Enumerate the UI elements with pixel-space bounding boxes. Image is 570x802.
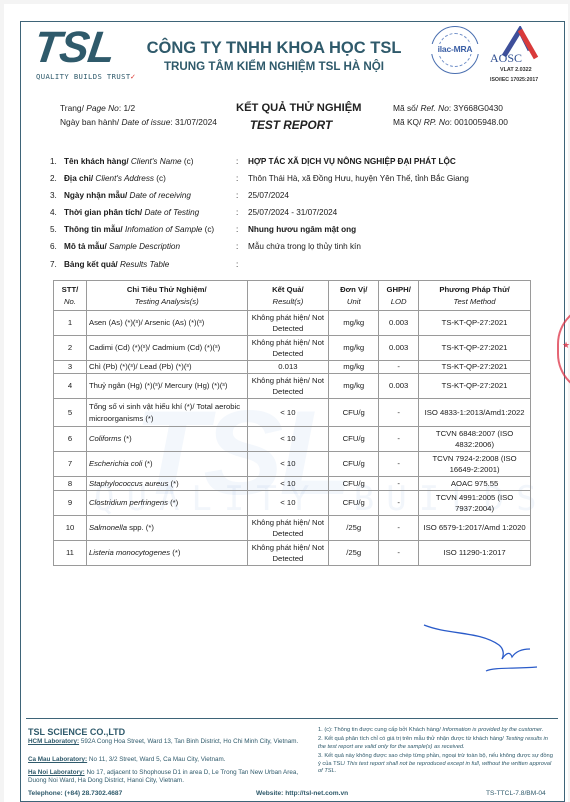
ref-label-en: Ref. No — [420, 103, 448, 113]
rp-number: Mã KQ/ RP. No: 001005948.00 — [393, 117, 508, 127]
info-label-en: Client's Name — [131, 157, 182, 166]
form-code: TS-TTCL-7.8/BM-04 — [486, 790, 546, 797]
info-label-suffix: (c) — [205, 225, 215, 234]
info-label-vn: Địa chỉ/ — [64, 174, 93, 183]
footer-company: TSL SCIENCE CO.,LTD — [28, 727, 125, 737]
cell-analysis: Cadimi (Cd) (*)(ˢ)/ Cadmium (Cd) (*)(ˢ) — [86, 336, 247, 361]
analysis-text: spp. (*) — [127, 523, 154, 532]
cell-unit: CFU/g — [329, 399, 379, 427]
aosc-logo-icon: AOSC VLAT 2.0322 ISO/IEC 17025:2017 — [490, 26, 552, 86]
rp-label-vn: Mã KQ/ — [393, 117, 421, 127]
camau-lab: Ca Mau Laboratory: No 11, 3/2 Street, Wa… — [28, 756, 308, 764]
info-number: 3. — [50, 191, 64, 200]
cell-method: TCVN 7924-2:2008 (ISO 16649-2:2001) — [419, 452, 531, 477]
cell-no: 5 — [54, 399, 87, 427]
hcm-lab-label: HCM Laboratory: — [28, 738, 79, 745]
header-vn: Chỉ Tiêu Thử Nghiệm/ — [127, 285, 207, 294]
page-number: Trang/ Page No: 1/2 — [60, 103, 135, 113]
ref-value: 3Y668G0430 — [454, 103, 503, 113]
header-en: Unit — [331, 296, 376, 308]
aosc-vlat: VLAT 2.0322 — [500, 67, 532, 73]
cell-result: < 10 — [247, 427, 329, 452]
hanoi-lab: Ha Noi Laboratory: No 17, adjacent to Sh… — [28, 769, 308, 785]
analysis-text: Chì (Pb) (*)(ˢ)/ Lead (Pb) (*)(ˢ) — [89, 362, 192, 371]
cell-no: 2 — [54, 336, 87, 361]
note-en: This test report shall not be reproduced… — [318, 761, 551, 774]
table-header-row: STT/No.Chỉ Tiêu Thử Nghiệm/Testing Analy… — [54, 281, 531, 311]
cell-method: TS-KT-QP-27:2021 — [419, 374, 531, 399]
info-label-vn: Mô tả mẫu/ — [64, 242, 107, 251]
analysis-text: Tổng số vi sinh vật hiếu khí (*)/ Total … — [89, 402, 240, 423]
info-row: 6.Mô tả mẫu/ Sample Description :Mẫu chứ… — [50, 242, 180, 251]
info-colon: : — [236, 208, 238, 217]
rp-label-en: RP. No — [424, 117, 450, 127]
cell-analysis: Listeria monocytogenes (*) — [86, 541, 247, 566]
cell-no: 8 — [54, 477, 87, 491]
cell-method: TS-KT-QP-27:2021 — [419, 361, 531, 374]
analysis-text: (*) — [121, 434, 131, 443]
info-number: 1. — [50, 157, 64, 166]
issue-date: Ngày ban hành/ Date of issue: 31/07/2024 — [60, 117, 217, 127]
footer-divider — [26, 718, 558, 719]
info-label-en: Date of Testing — [144, 208, 199, 217]
table-row: 6Coliforms (*)< 10CFU/g-TCVN 6848:2007 (… — [54, 427, 531, 452]
cell-no: 4 — [54, 374, 87, 399]
cell-unit: CFU/g — [329, 452, 379, 477]
table-row: 4Thuỷ ngân (Hg) (*)(ˢ)/ Mercury (Hg) (*)… — [54, 374, 531, 399]
cell-result: < 10 — [247, 491, 329, 516]
column-header: Kết Quả/Result(s) — [247, 281, 329, 311]
cell-analysis: Escherichia coli (*) — [86, 452, 247, 477]
column-header: Phương Pháp Thử/Test Method — [419, 281, 531, 311]
analysis-text: Asen (As) (*)(ˢ)/ Arsenic (As) (*)(ˢ) — [89, 318, 204, 327]
issue-value: 31/07/2024 — [175, 117, 217, 127]
table-row: 8Staphylococcus aureus (*)< 10CFU/g-AOAC… — [54, 477, 531, 491]
cell-result: < 10 — [247, 452, 329, 477]
cell-no: 7 — [54, 452, 87, 477]
info-label-en: Infomation of Sample — [125, 225, 202, 234]
ref-label-vn: Mã số/ — [393, 103, 418, 113]
info-row: 3.Ngày nhận mẫu/ Date of receiving :25/0… — [50, 191, 191, 200]
analysis-organism: Escherichia coli — [89, 459, 142, 468]
info-colon: : — [236, 260, 238, 269]
info-label-vn: Thông tin mẫu/ — [64, 225, 123, 234]
cell-lod: 0.003 — [379, 336, 419, 361]
logo-tagline: QUALITY BUILDS TRUST✓ — [36, 72, 136, 81]
header-en: Test Method — [421, 296, 528, 308]
cell-result: 0.013 — [247, 361, 329, 374]
header-vn: GHPH/ — [386, 285, 410, 294]
info-row: 7.Bảng kết quả/ Results Table : — [50, 260, 169, 269]
note-vn: 2. Kết quả phân tích chỉ có giá trị trên… — [318, 736, 505, 742]
info-row: 2.Địa chỉ/ Client's Address (c):Thôn Thá… — [50, 174, 166, 183]
hcm-lab: HCM Laboratory: 592A Cong Hoa Street, Wa… — [28, 738, 308, 746]
cell-no: 1 — [54, 311, 87, 336]
info-colon: : — [236, 191, 238, 200]
cell-method: AOAC 975.55 — [419, 477, 531, 491]
header-en: Testing Analysis(s) — [89, 296, 245, 308]
footer-note: 3. Kết quả này không được sao chép từng … — [318, 753, 556, 775]
note-en: Information is provided by the customer. — [442, 727, 543, 733]
header-vn: STT/ — [62, 285, 79, 294]
info-value: 25/07/2024 — [248, 191, 289, 200]
cell-method: ISO 6579-1:2017/Amd 1:2020 — [419, 516, 531, 541]
cell-method: TCVN 6848:2007 (ISO 4832:2006) — [419, 427, 531, 452]
cell-method: ISO 4833-1:2013/Amd1:2022 — [419, 399, 531, 427]
info-colon: : — [236, 225, 238, 234]
cell-method: TS-KT-QP-27:2021 — [419, 336, 531, 361]
cell-analysis: Coliforms (*) — [86, 427, 247, 452]
info-label-en: Client's Address — [95, 174, 154, 183]
cell-result: Không phát hiện/ Not Detected — [247, 311, 329, 336]
hanoi-lab-label: Ha Noi Laboratory: — [28, 769, 85, 776]
header-vn: Phương Pháp Thử/ — [439, 285, 509, 294]
info-row: 4.Thời gian phân tích/ Date of Testing :… — [50, 208, 199, 217]
camau-lab-address: No 11, 3/2 Street, Ward 5, Ca Mau City, … — [89, 756, 226, 763]
analysis-text: (*) — [170, 548, 180, 557]
info-label-en: Sample Description — [109, 242, 180, 251]
analysis-text: (*) — [142, 459, 152, 468]
info-number: 7. — [50, 260, 64, 269]
header-en: Result(s) — [250, 296, 327, 308]
info-number: 5. — [50, 225, 64, 234]
info-number: 4. — [50, 208, 64, 217]
cell-result: Không phát hiện/ Not Detected — [247, 541, 329, 566]
cell-method: TS-KT-QP-27:2021 — [419, 311, 531, 336]
footer-note: 2. Kết quả phân tích chỉ có giá trị trên… — [318, 736, 556, 751]
info-label-suffix: (c) — [156, 174, 166, 183]
table-body: 1Asen (As) (*)(ˢ)/ Arsenic (As) (*)(ˢ)Kh… — [54, 311, 531, 566]
info-value: Mẫu chứa trong lọ thủy tinh kín — [248, 242, 361, 251]
cell-analysis: Salmonella spp. (*) — [86, 516, 247, 541]
cell-lod: - — [379, 516, 419, 541]
header-en: LOD — [381, 296, 416, 308]
cell-result: Không phát hiện/ Not Detected — [247, 336, 329, 361]
note-vn: 1. (c): Thông tin được cung cấp bởi Khác… — [318, 727, 442, 733]
cell-result: < 10 — [247, 399, 329, 427]
analysis-organism: Staphylococcus aureus — [89, 479, 168, 488]
cell-unit: mg/kg — [329, 311, 379, 336]
info-colon: : — [236, 174, 238, 183]
table-row: 2Cadimi (Cd) (*)(ˢ)/ Cadmium (Cd) (*)(ˢ)… — [54, 336, 531, 361]
analysis-text: (*) — [168, 479, 178, 488]
rp-value: 001005948.00 — [454, 117, 508, 127]
analysis-text: Thuỷ ngân (Hg) (*)(ˢ)/ Mercury (Hg) (*)(… — [89, 381, 228, 390]
cell-method: TCVN 4991:2005 (ISO 7937:2004) — [419, 491, 531, 516]
header-vn: Đơn Vị/ — [340, 285, 367, 294]
analysis-text: (*) — [168, 498, 178, 507]
cell-result: Không phát hiện/ Not Detected — [247, 374, 329, 399]
table-row: 9Clostridium perfringens (*)< 10CFU/g-TC… — [54, 491, 531, 516]
cell-analysis: Clostridium perfringens (*) — [86, 491, 247, 516]
cell-unit: mg/kg — [329, 336, 379, 361]
cell-result: Không phát hiện/ Not Detected — [247, 516, 329, 541]
analysis-text: Cadimi (Cd) (*)(ˢ)/ Cadmium (Cd) (*)(ˢ) — [89, 343, 220, 352]
header-en: No. — [56, 296, 84, 308]
cell-lod: - — [379, 477, 419, 491]
info-value: Thôn Thái Hà, xã Đồng Hưu, huyện Yên Thế… — [248, 174, 469, 183]
column-header: STT/No. — [54, 281, 87, 311]
info-label-vn: Thời gian phân tích/ — [64, 208, 142, 217]
info-label-vn: Tên khách hàng/ — [64, 157, 129, 166]
cell-no: 11 — [54, 541, 87, 566]
telephone: Telephone: (+84) 28.7302.4687 — [28, 790, 122, 797]
camau-lab-label: Ca Mau Laboratory: — [28, 756, 87, 763]
table-row: 5Tổng số vi sinh vật hiếu khí (*)/ Total… — [54, 399, 531, 427]
info-label-en: Results Table — [120, 260, 169, 269]
page-label-vn: Trang/ — [60, 103, 84, 113]
footer-notes: 1. (c): Thông tin được cung cấp bởi Khác… — [318, 727, 556, 777]
column-header: Đơn Vị/Unit — [329, 281, 379, 311]
ref-number: Mã số/ Ref. No: 3Y668G0430 — [393, 103, 503, 113]
cell-lod: 0.003 — [379, 311, 419, 336]
signature-icon — [404, 619, 544, 679]
results-table: STT/No.Chỉ Tiêu Thử Nghiệm/Testing Analy… — [53, 280, 531, 566]
table-row: 11Listeria monocytogenes (*)Không phát h… — [54, 541, 531, 566]
page-label-en: Page No — [86, 103, 119, 113]
cell-lod: 0.003 — [379, 374, 419, 399]
cell-unit: CFU/g — [329, 491, 379, 516]
cell-lod: - — [379, 452, 419, 477]
cell-method: ISO 11290-1:2017 — [419, 541, 531, 566]
info-row: 1.Tên khách hàng/ Client's Name (c):HỢP … — [50, 157, 193, 166]
cell-unit: /25g — [329, 516, 379, 541]
aosc-label: AOSC — [490, 51, 540, 66]
analysis-organism: Salmonella — [89, 523, 127, 532]
info-value: 25/07/2024 - 31/07/2024 — [248, 208, 337, 217]
cell-unit: CFU/g — [329, 477, 379, 491]
table-row: 7Escherichia coli (*)< 10CFU/g-TCVN 7924… — [54, 452, 531, 477]
analysis-organism: Listeria monocytogenes — [89, 548, 170, 557]
aosc-iso: ISO/IEC 17025:2017 — [490, 77, 538, 83]
stamp-star-icon: ★ — [562, 340, 570, 351]
info-label-en: Date of receiving — [130, 191, 191, 200]
table-row: 10Salmonella spp. (*)Không phát hiện/ No… — [54, 516, 531, 541]
cell-analysis: Chì (Pb) (*)(ˢ)/ Lead (Pb) (*)(ˢ) — [86, 361, 247, 374]
cell-lod: - — [379, 541, 419, 566]
info-label-suffix: (c) — [184, 157, 194, 166]
company-name: CÔNG TY TNHH KHOA HỌC TSL — [134, 39, 414, 58]
info-number: 6. — [50, 242, 64, 251]
logo-tagline-text: QUALITY BUILDS TRUST — [36, 72, 131, 81]
ilac-mra-logo-icon: ilac-MRA — [431, 26, 479, 74]
cell-lod: - — [379, 399, 419, 427]
issue-label-en: Date of issue — [121, 117, 170, 127]
info-value: Nhung hươu ngâm mật ong — [248, 225, 356, 234]
info-label-vn: Ngày nhận mẫu/ — [64, 191, 127, 200]
hcm-lab-address: 592A Cong Hoa Street, Ward 13, Tan Binh … — [81, 738, 298, 745]
center-name: TRUNG TÂM KIỂM NGHIỆM TSL HÀ NỘI — [134, 60, 414, 73]
cell-result: < 10 — [247, 477, 329, 491]
ilac-label: ilac-MRA — [430, 44, 480, 54]
info-colon: : — [236, 242, 238, 251]
footer-note: 1. (c): Thông tin được cung cấp bởi Khác… — [318, 727, 556, 734]
analysis-organism: Clostridium perfringens — [89, 498, 168, 507]
column-header: GHPH/LOD — [379, 281, 419, 311]
cell-no: 3 — [54, 361, 87, 374]
cell-unit: /25g — [329, 541, 379, 566]
cell-lod: - — [379, 427, 419, 452]
cell-unit: CFU/g — [329, 427, 379, 452]
column-header: Chỉ Tiêu Thử Nghiệm/Testing Analysis(s) — [86, 281, 247, 311]
cell-unit: mg/kg — [329, 361, 379, 374]
issue-label-vn: Ngày ban hành/ — [60, 117, 119, 127]
info-colon: : — [236, 157, 238, 166]
info-number: 2. — [50, 174, 64, 183]
website-link[interactable]: Website: http://tsl-net.com.vn — [256, 790, 348, 797]
cell-no: 10 — [54, 516, 87, 541]
report-title-vn: KẾT QUẢ THỬ NGHIỆM — [236, 102, 346, 114]
page-value: 1/2 — [123, 103, 135, 113]
cell-unit: mg/kg — [329, 374, 379, 399]
cell-lod: - — [379, 491, 419, 516]
info-row: 5.Thông tin mẫu/ Infomation of Sample (c… — [50, 225, 214, 234]
checkmark-icon: ✓ — [131, 72, 136, 81]
info-value: HỢP TÁC XÃ DỊCH VỤ NÔNG NGHIỆP ĐẠI PHÁT … — [248, 157, 456, 166]
info-label-vn: Bảng kết quả/ — [64, 260, 118, 269]
analysis-organism: Coliforms — [89, 434, 121, 443]
cell-lod: - — [379, 361, 419, 374]
cell-analysis: Tổng số vi sinh vật hiếu khí (*)/ Total … — [86, 399, 247, 427]
cell-no: 9 — [54, 491, 87, 516]
table-row: 3Chì (Pb) (*)(ˢ)/ Lead (Pb) (*)(ˢ)0.013m… — [54, 361, 531, 374]
document-page: TSL QUALITY BUILDS TRUST✓ CÔNG TY TNHH K… — [4, 4, 568, 802]
cell-analysis: Staphylococcus aureus (*) — [86, 477, 247, 491]
cell-analysis: Thuỷ ngân (Hg) (*)(ˢ)/ Mercury (Hg) (*)(… — [86, 374, 247, 399]
table-row: 1Asen (As) (*)(ˢ)/ Arsenic (As) (*)(ˢ)Kh… — [54, 311, 531, 336]
tsl-logo: TSL — [31, 26, 117, 70]
report-title-en: TEST REPORT — [236, 118, 346, 132]
header-vn: Kết Quả/ — [272, 285, 304, 294]
cell-no: 6 — [54, 427, 87, 452]
cell-analysis: Asen (As) (*)(ˢ)/ Arsenic (As) (*)(ˢ) — [86, 311, 247, 336]
